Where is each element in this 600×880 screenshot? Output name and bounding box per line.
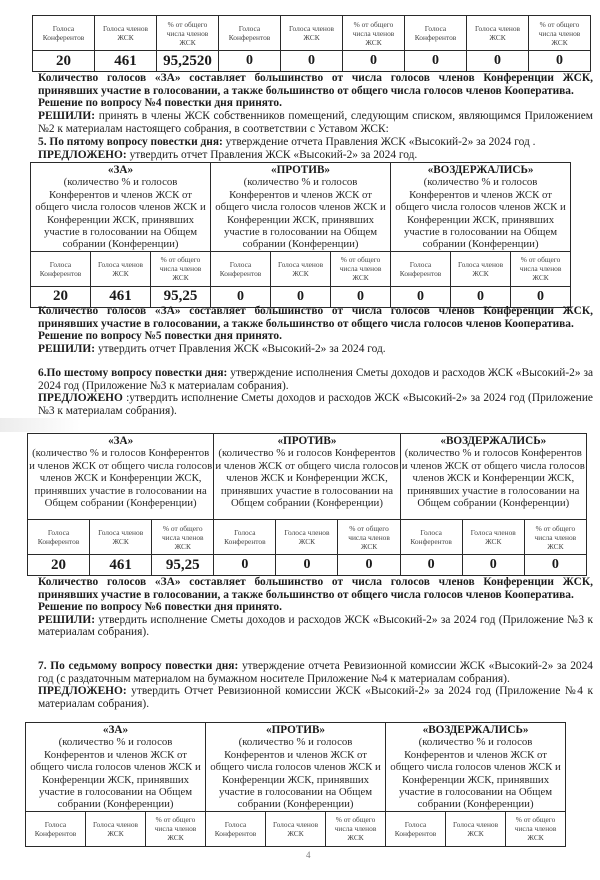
value-cell: 0 — [343, 51, 405, 72]
header-member-votes: Голоса членов ЖСК — [86, 811, 146, 846]
scan-artifact — [0, 418, 80, 432]
proposed-label: ПРЕДЛОЖЕНО: — [38, 685, 127, 697]
header-member-votes: Голоса членов ЖСК — [271, 251, 331, 286]
header-pct: % от общего числа членов ЖСК — [524, 520, 586, 555]
value-cell: 20 — [33, 51, 95, 72]
group-description: (количество % и голосов Конферентов и чл… — [402, 447, 585, 509]
value-cell: 461 — [95, 51, 157, 72]
header-conf-votes: Голоса Конферентов — [206, 811, 266, 846]
header-conf-votes: Голоса Конферентов — [214, 520, 276, 555]
resolved-label: РЕШИЛИ: — [38, 110, 95, 122]
question-label: 6.По шестому вопросу повестки дня: — [38, 367, 227, 379]
group-description: (количество % и голосов Конферентов и чл… — [29, 447, 212, 509]
value-cell: 20 — [28, 555, 90, 576]
proposed-label: ПРЕДЛОЖЕНО — [38, 392, 123, 404]
header-pct: % от общего числа членов ЖСК — [151, 251, 211, 286]
q6-majority: Количество голосов «ЗА» составляет больш… — [38, 576, 593, 601]
header-conf-votes: Голоса Конферентов — [219, 16, 281, 51]
group-title-abstain: «ВОЗДЕРЖАЛИСЬ» — [402, 435, 585, 447]
q7-question: 7. По седьмому вопросу повестки дня: утв… — [38, 660, 593, 710]
proposed-text: утвердить отчет Правления ЖСК «Высокий-2… — [130, 149, 418, 161]
q5-decision: Решение по вопросу №5 повестки дня приня… — [38, 330, 282, 342]
resolved-label: РЕШИЛИ: — [38, 343, 95, 355]
group-description: (количество % и голосов Конферентов и чл… — [215, 447, 398, 509]
header-member-votes: Голоса членов ЖСК — [95, 16, 157, 51]
group-for: «ЗА» (количество % и голосов Конферентов… — [31, 163, 211, 252]
header-conf-votes: Голоса Конферентов — [211, 251, 271, 286]
q5-majority: Количество голосов «ЗА» составляет больш… — [38, 305, 593, 330]
value-cell: 0 — [281, 51, 343, 72]
header-pct: % от общего числа членов ЖСК — [146, 811, 206, 846]
page-number: 4 — [306, 850, 311, 860]
value-cell: 0 — [276, 555, 338, 576]
question-label: 5. По пятому вопросу повестки дня: — [38, 136, 223, 148]
header-member-votes: Голоса членов ЖСК — [451, 251, 511, 286]
group-header-row: «ЗА» (количество % и голосов Конферентов… — [31, 163, 571, 252]
value-cell: 0 — [214, 555, 276, 576]
group-title-against: «ПРОТИВ» — [207, 724, 384, 736]
q6-question: 6.По шестому вопросу повестки дня: утвер… — [38, 367, 593, 417]
header-conf-votes: Голоса Конферентов — [400, 520, 462, 555]
header-member-votes: Голоса членов ЖСК — [467, 16, 529, 51]
header-pct: % от общего числа членов ЖСК — [511, 251, 571, 286]
values-row: 20 461 95,25 0 0 0 0 0 0 — [28, 555, 587, 576]
header-pct: % от общего числа членов ЖСК — [506, 811, 566, 846]
value-cell: 0 — [467, 51, 529, 72]
value-cell: 95,25 — [152, 555, 214, 576]
vote-table-q5: «ЗА» (количество % и голосов Конферентов… — [30, 162, 571, 308]
vote-table-q4: Голоса Конферентов Голоса членов ЖСК % о… — [32, 15, 591, 72]
column-header-row: Голоса Конферентов Голоса членов ЖСК % о… — [26, 811, 566, 846]
header-pct: % от общего числа членов ЖСК — [331, 251, 391, 286]
q4-decision: Решение по вопросу №4 повестки дня приня… — [38, 97, 282, 109]
group-header-row: «ЗА» (количество % и голосов Конферентов… — [28, 434, 587, 520]
header-member-votes: Голоса членов ЖСК — [266, 811, 326, 846]
resolved-text: утвердить отчет Правления ЖСК «Высокий-2… — [98, 343, 386, 355]
header-pct: % от общего числа членов ЖСК — [338, 520, 400, 555]
value-cell: 95,2520 — [157, 51, 219, 72]
group-title-for: «ЗА» — [32, 164, 209, 176]
column-header-row: Голоса Конферентов Голоса членов ЖСК % о… — [33, 16, 591, 51]
group-title-against: «ПРОТИВ» — [212, 164, 389, 176]
header-member-votes: Голоса членов ЖСК — [91, 251, 151, 286]
header-member-votes: Голоса членов ЖСК — [462, 520, 524, 555]
group-abstain: «ВОЗДЕРЖАЛИСЬ» (количество % и голосов К… — [400, 434, 586, 520]
value-cell: 0 — [219, 51, 281, 72]
values-row: 20 461 95,2520 0 0 0 0 0 0 — [33, 51, 591, 72]
header-conf-votes: Голоса Конферентов — [386, 811, 446, 846]
group-for: «ЗА» (количество % и голосов Конферентов… — [28, 434, 214, 520]
header-pct: % от общего числа членов ЖСК — [343, 16, 405, 51]
group-for: «ЗА» (количество % и голосов Конферентов… — [26, 723, 206, 812]
value-cell: 0 — [405, 51, 467, 72]
group-title-against: «ПРОТИВ» — [215, 435, 398, 447]
value-cell: 0 — [400, 555, 462, 576]
header-member-votes: Голоса членов ЖСК — [276, 520, 338, 555]
value-cell: 0 — [462, 555, 524, 576]
value-cell: 461 — [90, 555, 152, 576]
header-pct: % от общего числа членов ЖСК — [326, 811, 386, 846]
group-description: (количество % и голосов Конферентов и чл… — [207, 736, 384, 810]
question-text: утверждение отчета Правления ЖСК «Высоки… — [226, 136, 536, 148]
column-header-row: Голоса Конферентов Голоса членов ЖСК % о… — [28, 520, 587, 555]
resolved-label: РЕШИЛИ: — [38, 614, 95, 626]
value-cell: 0 — [524, 555, 586, 576]
resolved-text: утвердить исполнение Сметы доходов и рас… — [38, 614, 593, 639]
value-cell: 0 — [529, 51, 591, 72]
header-conf-votes: Голоса Конферентов — [31, 251, 91, 286]
group-title-for: «ЗА» — [29, 435, 212, 447]
group-description: (количество % и голосов Конферентов и чл… — [387, 736, 564, 810]
q4-resolved: РЕШИЛИ: принять в члены ЖСК собственнико… — [38, 110, 593, 135]
vote-table-q7: «ЗА» (количество % и голосов Конферентов… — [25, 722, 566, 847]
header-conf-votes: Голоса Конферентов — [28, 520, 90, 555]
header-member-votes: Голоса членов ЖСК — [281, 16, 343, 51]
q6-result: Количество голосов «ЗА» составляет больш… — [38, 576, 593, 639]
proposed-label: ПРЕДЛОЖЕНО: — [38, 149, 127, 161]
header-pct: % от общего числа членов ЖСК — [152, 520, 214, 555]
header-conf-votes: Голоса Конферентов — [391, 251, 451, 286]
vote-table-q6: «ЗА» (количество % и голосов Конферентов… — [27, 433, 587, 576]
column-header-row: Голоса Конферентов Голоса членов ЖСК % о… — [31, 251, 571, 286]
q4-majority-text: Количество голосов «ЗА» составляет больш… — [38, 72, 593, 110]
group-description: (количество % и голосов Конферентов и чл… — [212, 176, 389, 250]
header-conf-votes: Голоса Конферентов — [405, 16, 467, 51]
group-description: (количество % и голосов Конферентов и чл… — [27, 736, 204, 810]
q6-decision: Решение по вопросу №6 повестки дня приня… — [38, 601, 282, 613]
header-conf-votes: Голоса Конферентов — [26, 811, 86, 846]
group-header-row: «ЗА» (количество % и голосов Конферентов… — [26, 723, 566, 812]
group-title-for: «ЗА» — [27, 724, 204, 736]
question-label: 7. По седьмому вопросу повестки дня: — [38, 660, 238, 672]
q5-question: 5. По пятому вопросу повестки дня: утвер… — [38, 136, 593, 161]
group-abstain: «ВОЗДЕРЖАЛИСЬ» (количество % и голосов К… — [386, 723, 566, 812]
header-member-votes: Голоса членов ЖСК — [90, 520, 152, 555]
group-description: (количество % и голосов Конферентов и чл… — [392, 176, 569, 250]
header-member-votes: Голоса членов ЖСК — [446, 811, 506, 846]
header-conf-votes: Голоса Конферентов — [33, 16, 95, 51]
group-abstain: «ВОЗДЕРЖАЛИСЬ» (количество % и голосов К… — [391, 163, 571, 252]
header-pct: % от общего числа членов ЖСК — [157, 16, 219, 51]
group-description: (количество % и голосов Конферентов и чл… — [32, 176, 209, 250]
q4-majority: Количество голосов «ЗА» составляет больш… — [38, 72, 593, 97]
group-against: «ПРОТИВ» (количество % и голосов Конфере… — [206, 723, 386, 812]
value-cell: 0 — [338, 555, 400, 576]
group-against: «ПРОТИВ» (количество % и голосов Конфере… — [214, 434, 400, 520]
group-title-abstain: «ВОЗДЕРЖАЛИСЬ» — [392, 164, 569, 176]
group-title-abstain: «ВОЗДЕРЖАЛИСЬ» — [387, 724, 564, 736]
resolved-text: принять в члены ЖСК собственников помеще… — [38, 110, 593, 135]
header-pct: % от общего числа членов ЖСК — [529, 16, 591, 51]
q5-result: Количество голосов «ЗА» составляет больш… — [38, 305, 593, 355]
group-against: «ПРОТИВ» (количество % и голосов Конфере… — [211, 163, 391, 252]
